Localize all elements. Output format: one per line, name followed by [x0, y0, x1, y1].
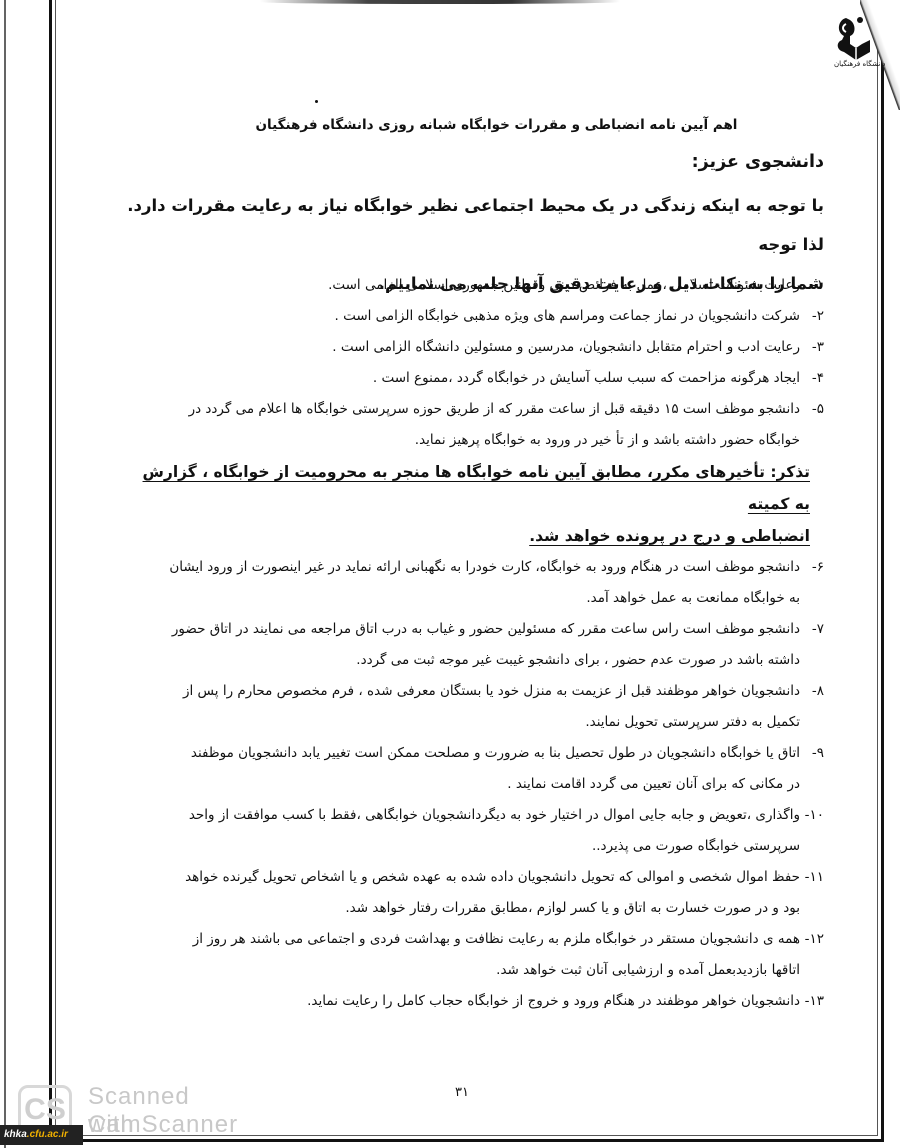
rule-number: ۱۱-: [805, 862, 824, 893]
rule-text-continued: تکمیل به دفتر سرپرستی تحویل نمایند.: [122, 707, 824, 738]
rule-item-9: ۹- اتاق یا خوابگاه دانشجویان در طول تحصی…: [122, 738, 824, 800]
rule-number: ۵-: [812, 394, 824, 425]
rule-text: دانشجویان خواهر موظفند قبل از عزیمت به م…: [122, 676, 824, 707]
rule-number: ۱۲-: [805, 924, 824, 955]
rule-text-continued: در مکانی که برای آنان تعیین می گردد اقام…: [122, 769, 824, 800]
rule-number: ۳-: [812, 332, 824, 363]
note-line: تذکر: تأخیرهای مکرر، مطابق آیین نامه خوا…: [143, 463, 810, 513]
rule-text: رعایت ادب و احترام متقابل دانشجویان، مدر…: [122, 332, 824, 363]
greeting: دانشجوی عزیز:: [692, 152, 824, 172]
rule-item-8: ۸- دانشجویان خواهر موظفند قبل از عزیمت ب…: [122, 676, 824, 738]
rule-item-10: ۱۰- واگذاری ،تعویض و جابه جایی اموال در …: [122, 800, 824, 862]
rule-item-4: ۴- ایجاد هرگونه مزاحمت که سبب سلب آسایش …: [122, 363, 824, 394]
rule-text: همه ی دانشجویان مستقر در خوابگاه ملزم به…: [122, 924, 824, 955]
rule-number: ۸-: [812, 676, 824, 707]
rule-text-continued: داشته باشد در صورت عدم حضور ، برای دانشج…: [122, 645, 824, 676]
rule-text: حفظ اموال شخصی و اموالی که تحویل دانشجوی…: [122, 862, 824, 893]
rule-text: ایجاد هرگونه مزاحمت که سبب سلب آسایش در …: [122, 363, 824, 394]
watermark-line-2: CamScanner: [88, 1111, 238, 1139]
rule-item-12: ۱۲- همه ی دانشجویان مستقر در خوابگاه ملز…: [122, 924, 824, 986]
rule-item-6: ۶- دانشجو موظف است در هنگام ورود به خواب…: [122, 552, 824, 614]
scan-edge-line: [4, 0, 6, 1148]
rule-item-11: ۱۱- حفظ اموال شخصی و اموالی که تحویل دان…: [122, 862, 824, 924]
site-badge-prefix: khka: [4, 1129, 27, 1140]
intro-line: با توجه به اینکه زندگی در یک محیط اجتماع…: [110, 186, 824, 264]
rule-item-13: ۱۳- دانشجویان خواهر موظفند در هنگام ورود…: [122, 986, 824, 1017]
rule-text: دانشجویان خواهر موظفند در هنگام ورود و خ…: [122, 986, 824, 1017]
rule-number: ۶-: [812, 552, 824, 583]
rule-item-5: ۵- دانشجو موظف است ۱۵ دقیقه قبل از ساعت …: [122, 394, 824, 456]
rule-text-continued: خوابگاه حضور داشته باشد و از تأ خیر در و…: [122, 425, 824, 456]
rule-item-3: ۳- رعایت ادب و احترام متقابل دانشجویان، …: [122, 332, 824, 363]
rule-text: دانشجو موظف است در هنگام ورود به خوابگاه…: [122, 552, 824, 583]
rule-text-continued: بود و در صورت خسارت به اتاق و یا کسر لوا…: [122, 893, 824, 924]
note-paragraph: تذکر: تأخیرهای مکرر، مطابق آیین نامه خوا…: [122, 456, 824, 552]
rule-item-2: ۲- شرکت دانشجویان در نماز جماعت ومراسم ه…: [122, 301, 824, 332]
rule-text: اتاق یا خوابگاه دانشجویان در طول تحصیل ب…: [122, 738, 824, 769]
rule-text-continued: به خوابگاه ممانعت به عمل خواهد آمد.: [122, 583, 824, 614]
rule-text-continued: سرپرستی خوابگاه صورت می پذیرد..: [122, 831, 824, 862]
logo-caption: دانشگاه فرهنگیان: [834, 60, 885, 68]
note-line: انضباطی و درج در پرونده خواهد شد.: [529, 527, 810, 545]
rule-text: رعایت شئونات اسلامی ،عمل به فرائض دینی و…: [122, 270, 824, 301]
rule-text-continued: اتاقها بازدیدبعمل آمده و ارزشیابی آنان ث…: [122, 955, 824, 986]
scan-speck: [315, 100, 318, 103]
page-number: ۳۱: [455, 1085, 469, 1100]
rule-number: ۲-: [812, 301, 824, 332]
rule-number: ۴-: [812, 363, 824, 394]
rules-list: ۱- رعایت شئونات اسلامی ،عمل به فرائض دین…: [122, 270, 824, 1017]
document-title: اهم آیین نامه انضباطی و مقررات خوابگاه ش…: [110, 117, 838, 133]
rule-text: دانشجو موظف است ۱۵ دقیقه قبل از ساعت مقر…: [122, 394, 824, 425]
site-badge: khka.cfu.ac.ir: [0, 1125, 83, 1145]
rule-item-7: ۷- دانشجو موظف است راس ساعت مقرر که مسئو…: [122, 614, 824, 676]
rule-number: ۱۳-: [805, 986, 824, 1017]
rule-text: دانشجو موظف است راس ساعت مقرر که مسئولین…: [122, 614, 824, 645]
rule-number: ۱۰-: [805, 800, 824, 831]
rule-text: واگذاری ،تعویض و جابه جایی اموال در اختی…: [122, 800, 824, 831]
rule-text: شرکت دانشجویان در نماز جماعت ومراسم های …: [122, 301, 824, 332]
rule-item-1: ۱- رعایت شئونات اسلامی ،عمل به فرائض دین…: [122, 270, 824, 301]
rule-number: ۹-: [812, 738, 824, 769]
rule-number: ۱-: [812, 270, 824, 301]
rule-number: ۷-: [812, 614, 824, 645]
site-badge-domain: .cfu.ac.ir: [27, 1129, 68, 1140]
